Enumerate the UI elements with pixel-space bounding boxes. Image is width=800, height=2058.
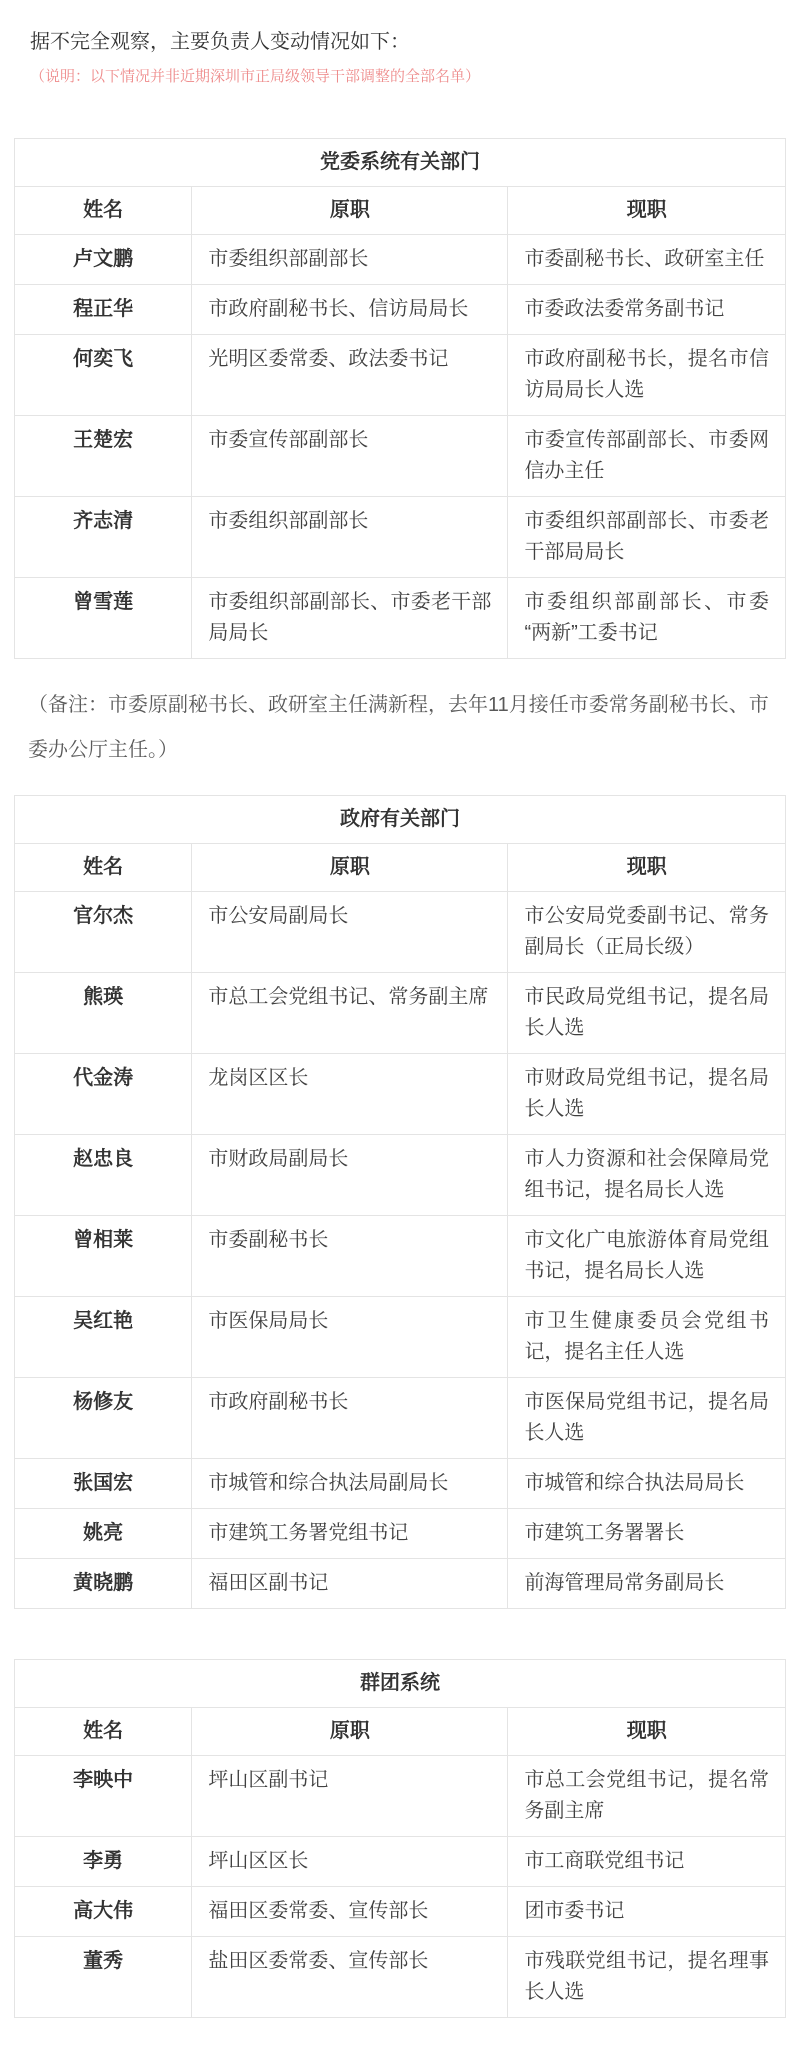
table-title-row: 群团系统 (15, 1660, 786, 1708)
former-post-cell: 市总工会党组书记、常务副主席 (192, 973, 508, 1054)
current-post-cell: 市委组织部副部长、市委“两新”工委书记 (508, 578, 786, 659)
note-text: （备注：市委原副秘书长、政研室主任满新程，去年11月接任市委常务副秘书长、市委办… (28, 683, 772, 773)
former-post-cell: 市财政局副局长 (192, 1135, 508, 1216)
current-post-cell: 市工商联党组书记 (508, 1837, 786, 1887)
column-header-current: 现职 (508, 844, 786, 892)
current-post-cell: 市卫生健康委员会党组书记，提名主任人选 (508, 1297, 786, 1378)
table-header-row: 姓名 原职 现职 (15, 844, 786, 892)
name-cell: 李勇 (15, 1837, 192, 1887)
table-row: 曾相莱 市委副秘书长 市文化广电旅游体育局党组书记，提名局长人选 (15, 1216, 786, 1297)
name-cell: 熊瑛 (15, 973, 192, 1054)
column-header-current: 现职 (508, 1708, 786, 1756)
disclaimer-text: （说明：以下情况并非近期深圳市正局级领导干部调整的全部名单） (30, 66, 770, 88)
table-row: 卢文鹏 市委组织部副部长 市委副秘书长、政研室主任 (15, 235, 786, 285)
name-cell: 姚亮 (15, 1509, 192, 1559)
table-government: 政府有关部门 姓名 原职 现职 官尔杰 市公安局副局长 市公安局党委副书记、常务… (14, 795, 786, 1609)
name-cell: 高大伟 (15, 1887, 192, 1937)
column-header-name: 姓名 (15, 187, 192, 235)
table-row: 代金涛 龙岗区区长 市财政局党组书记，提名局长人选 (15, 1054, 786, 1135)
current-post-cell: 市委宣传部副部长、市委网信办主任 (508, 416, 786, 497)
column-header-former: 原职 (192, 187, 508, 235)
name-cell: 赵忠良 (15, 1135, 192, 1216)
current-post-cell: 市委组织部副部长、市委老干部局局长 (508, 497, 786, 578)
former-post-cell: 坪山区区长 (192, 1837, 508, 1887)
name-cell: 李映中 (15, 1756, 192, 1837)
table-row: 张国宏 市城管和综合执法局副局长 市城管和综合执法局局长 (15, 1459, 786, 1509)
current-post-cell: 市城管和综合执法局局长 (508, 1459, 786, 1509)
name-cell: 董秀 (15, 1937, 192, 2018)
former-post-cell: 光明区委常委、政法委书记 (192, 335, 508, 416)
name-cell: 曾相莱 (15, 1216, 192, 1297)
current-post-cell: 市委政法委常务副书记 (508, 285, 786, 335)
name-cell: 王楚宏 (15, 416, 192, 497)
current-post-cell: 市委副秘书长、政研室主任 (508, 235, 786, 285)
column-header-current: 现职 (508, 187, 786, 235)
current-post-cell: 市人力资源和社会保障局党组书记，提名局长人选 (508, 1135, 786, 1216)
table-row: 官尔杰 市公安局副局长 市公安局党委副书记、常务副局长（正局长级） (15, 892, 786, 973)
former-post-cell: 市委副秘书长 (192, 1216, 508, 1297)
former-post-cell: 市委宣传部副部长 (192, 416, 508, 497)
name-cell: 吴红艳 (15, 1297, 192, 1378)
table-row: 齐志清 市委组织部副部长 市委组织部副部长、市委老干部局局长 (15, 497, 786, 578)
article-body: 据不完全观察，主要负责人变动情况如下： （说明：以下情况并非近期深圳市正局级领导… (0, 0, 800, 2058)
name-cell: 张国宏 (15, 1459, 192, 1509)
name-cell: 黄晓鹏 (15, 1559, 192, 1609)
name-cell: 程正华 (15, 285, 192, 335)
column-header-name: 姓名 (15, 844, 192, 892)
table-title: 党委系统有关部门 (15, 139, 786, 187)
former-post-cell: 市委组织部副部长 (192, 497, 508, 578)
table-row: 杨修友 市政府副秘书长 市医保局党组书记，提名局长人选 (15, 1378, 786, 1459)
table-row: 王楚宏 市委宣传部副部长 市委宣传部副部长、市委网信办主任 (15, 416, 786, 497)
table-title: 群团系统 (15, 1660, 786, 1708)
table-title-row: 政府有关部门 (15, 796, 786, 844)
current-post-cell: 市总工会党组书记，提名常务副主席 (508, 1756, 786, 1837)
former-post-cell: 市医保局局长 (192, 1297, 508, 1378)
former-post-cell: 福田区委常委、宣传部长 (192, 1887, 508, 1937)
name-cell: 官尔杰 (15, 892, 192, 973)
table-party-committee: 党委系统有关部门 姓名 原职 现职 卢文鹏 市委组织部副部长 市委副秘书长、政研… (14, 138, 786, 659)
column-header-former: 原职 (192, 844, 508, 892)
table-row: 李映中 坪山区副书记 市总工会党组书记，提名常务副主席 (15, 1756, 786, 1837)
table-row: 吴红艳 市医保局局长 市卫生健康委员会党组书记，提名主任人选 (15, 1297, 786, 1378)
former-post-cell: 盐田区委常委、宣传部长 (192, 1937, 508, 2018)
table-title-row: 党委系统有关部门 (15, 139, 786, 187)
former-post-cell: 市公安局副局长 (192, 892, 508, 973)
table-title: 政府有关部门 (15, 796, 786, 844)
current-post-cell: 市医保局党组书记，提名局长人选 (508, 1378, 786, 1459)
former-post-cell: 坪山区副书记 (192, 1756, 508, 1837)
former-post-cell: 龙岗区区长 (192, 1054, 508, 1135)
table-row: 姚亮 市建筑工务署党组书记 市建筑工务署署长 (15, 1509, 786, 1559)
former-post-cell: 市建筑工务署党组书记 (192, 1509, 508, 1559)
column-header-name: 姓名 (15, 1708, 192, 1756)
current-post-cell: 市政府副秘书长，提名市信访局局长人选 (508, 335, 786, 416)
table-row: 曾雪莲 市委组织部副部长、市委老干部局局长 市委组织部副部长、市委“两新”工委书… (15, 578, 786, 659)
table-row: 何奕飞 光明区委常委、政法委书记 市政府副秘书长，提名市信访局局长人选 (15, 335, 786, 416)
name-cell: 何奕飞 (15, 335, 192, 416)
current-post-cell: 市财政局党组书记，提名局长人选 (508, 1054, 786, 1135)
former-post-cell: 市委组织部副部长、市委老干部局局长 (192, 578, 508, 659)
table-header-row: 姓名 原职 现职 (15, 187, 786, 235)
current-post-cell: 市文化广电旅游体育局党组书记，提名局长人选 (508, 1216, 786, 1297)
table-row: 赵忠良 市财政局副局长 市人力资源和社会保障局党组书记，提名局长人选 (15, 1135, 786, 1216)
former-post-cell: 市委组织部副部长 (192, 235, 508, 285)
column-header-former: 原职 (192, 1708, 508, 1756)
current-post-cell: 市残联党组书记，提名理事长人选 (508, 1937, 786, 2018)
table-row: 董秀 盐田区委常委、宣传部长 市残联党组书记，提名理事长人选 (15, 1937, 786, 2018)
former-post-cell: 福田区副书记 (192, 1559, 508, 1609)
table-row: 程正华 市政府副秘书长、信访局局长 市委政法委常务副书记 (15, 285, 786, 335)
current-post-cell: 前海管理局常务副局长 (508, 1559, 786, 1609)
table-row: 李勇 坪山区区长 市工商联党组书记 (15, 1837, 786, 1887)
name-cell: 代金涛 (15, 1054, 192, 1135)
name-cell: 曾雪莲 (15, 578, 192, 659)
current-post-cell: 市建筑工务署署长 (508, 1509, 786, 1559)
current-post-cell: 团市委书记 (508, 1887, 786, 1937)
table-row: 高大伟 福田区委常委、宣传部长 团市委书记 (15, 1887, 786, 1937)
current-post-cell: 市民政局党组书记，提名局长人选 (508, 973, 786, 1054)
table-row: 熊瑛 市总工会党组书记、常务副主席 市民政局党组书记，提名局长人选 (15, 973, 786, 1054)
name-cell: 齐志清 (15, 497, 192, 578)
name-cell: 卢文鹏 (15, 235, 192, 285)
table-header-row: 姓名 原职 现职 (15, 1708, 786, 1756)
table-mass-organizations: 群团系统 姓名 原职 现职 李映中 坪山区副书记 市总工会党组书记，提名常务副主… (14, 1659, 786, 2018)
table-row: 黄晓鹏 福田区副书记 前海管理局常务副局长 (15, 1559, 786, 1609)
current-post-cell: 市公安局党委副书记、常务副局长（正局长级） (508, 892, 786, 973)
former-post-cell: 市城管和综合执法局副局长 (192, 1459, 508, 1509)
name-cell: 杨修友 (15, 1378, 192, 1459)
former-post-cell: 市政府副秘书长、信访局局长 (192, 285, 508, 335)
former-post-cell: 市政府副秘书长 (192, 1378, 508, 1459)
page-heading: 据不完全观察，主要负责人变动情况如下： (30, 28, 770, 56)
